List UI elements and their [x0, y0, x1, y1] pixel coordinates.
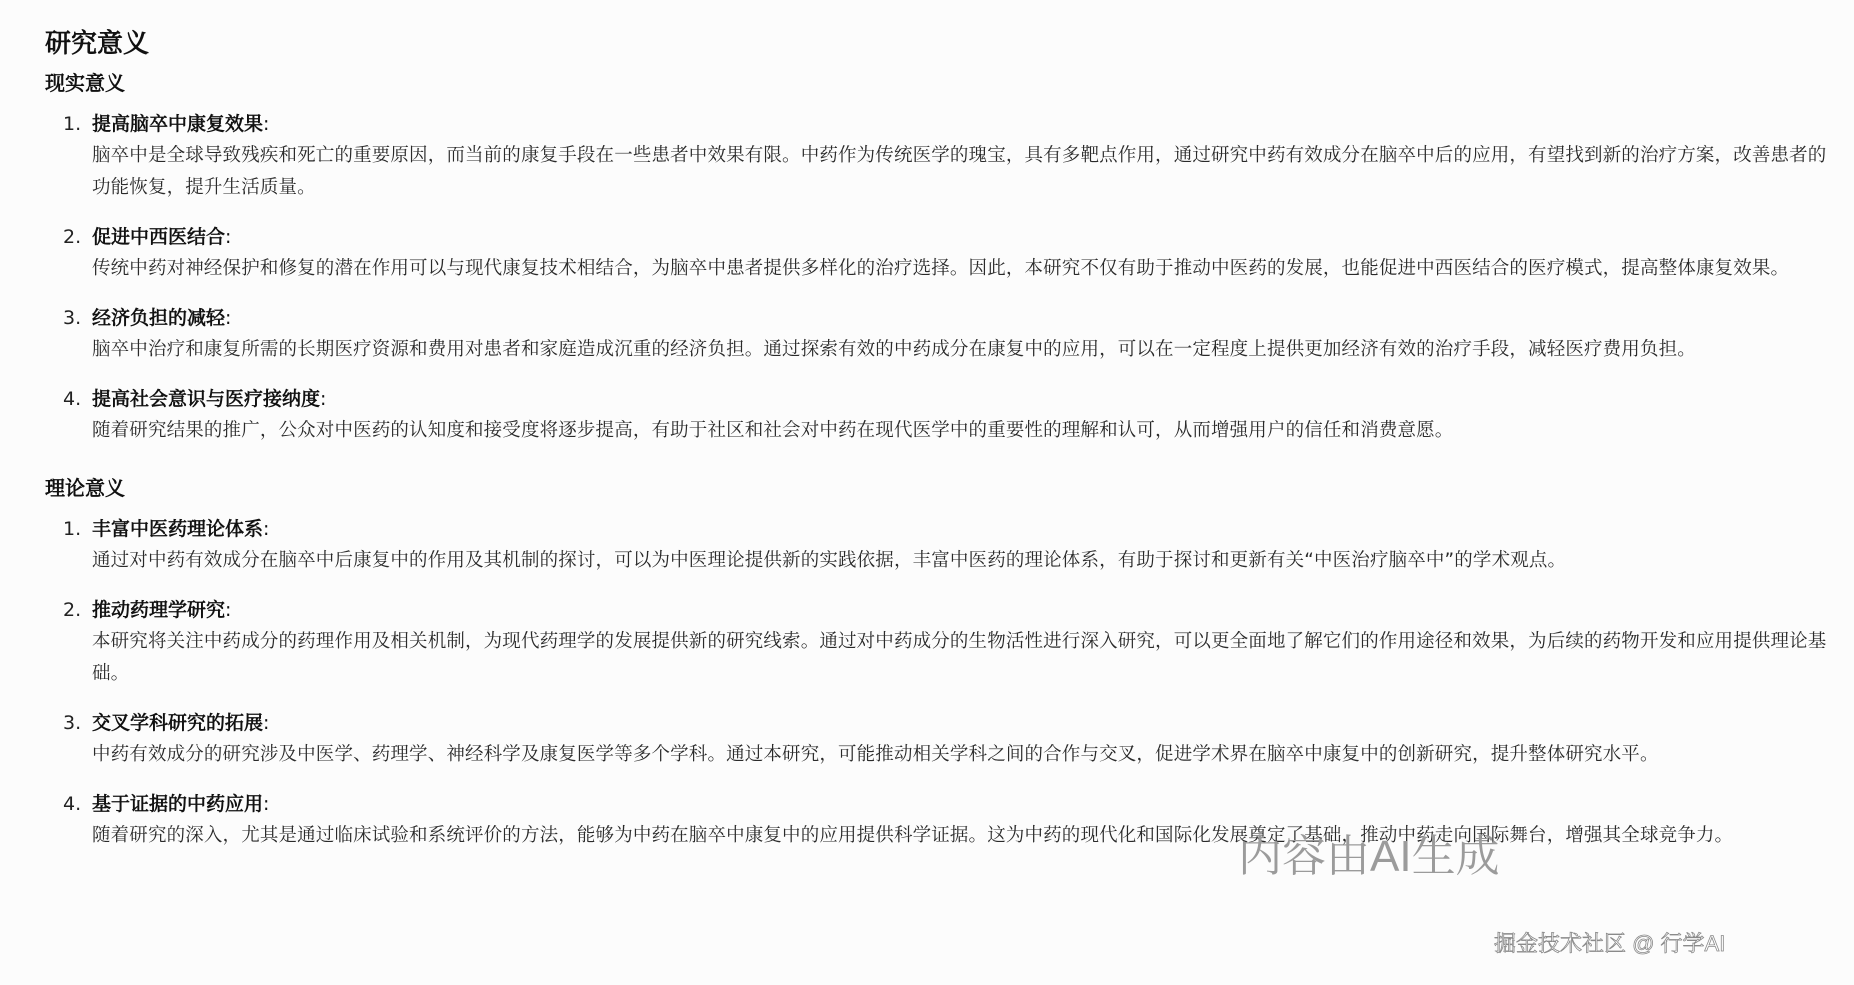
- item-body: 随着研究结果的推广，公众对中医药的认知度和接受度将逐步提高，有助于社区和社会对中…: [92, 415, 1835, 447]
- item-colon: :: [320, 388, 326, 410]
- item-body: 中药有效成分的研究涉及中医学、药理学、神经科学及康复医学等多个学科。通过本研究，…: [92, 739, 1835, 771]
- numbered-list: 1. 提高脑卒中康复效果: 脑卒中是全球导致残疾和死亡的重要原因，而当前的康复手…: [45, 108, 1835, 447]
- list-item: 3. 交叉学科研究的拓展: 中药有效成分的研究涉及中医学、药理学、神经科学及康复…: [45, 707, 1835, 771]
- item-heading-text: 经济负担的减轻: [92, 307, 225, 329]
- item-heading: 促进中西医结合:: [92, 221, 1835, 253]
- item-body: 脑卒中是全球导致残疾和死亡的重要原因，而当前的康复手段在一些患者中效果有限。中药…: [92, 140, 1835, 204]
- item-body: 传统中药对神经保护和修复的潜在作用可以与现代康复技术相结合，为脑卒中患者提供多样…: [92, 253, 1835, 285]
- item-number: 1.: [63, 108, 81, 140]
- site-watermark: 掘金技术社区 @ 行学AI: [1494, 929, 1725, 959]
- section-practical: 现实意义 1. 提高脑卒中康复效果: 脑卒中是全球导致残疾和死亡的重要原因，而当…: [45, 68, 1835, 447]
- item-number: 4.: [63, 383, 81, 415]
- list-item: 2. 推动药理学研究: 本研究将关注中药成分的药理作用及相关机制，为现代药理学的…: [45, 594, 1835, 690]
- item-colon: :: [263, 793, 269, 815]
- item-heading: 提高脑卒中康复效果:: [92, 108, 1835, 140]
- numbered-list: 1. 丰富中医药理论体系: 通过对中药有效成分在脑卒中后康复中的作用及其机制的探…: [45, 513, 1835, 852]
- item-colon: :: [263, 712, 269, 734]
- item-number: 3.: [63, 302, 81, 334]
- list-item: 3. 经济负担的减轻: 脑卒中治疗和康复所需的长期医疗资源和费用对患者和家庭造成…: [45, 302, 1835, 366]
- item-heading: 丰富中医药理论体系:: [92, 513, 1835, 545]
- item-heading: 基于证据的中药应用:: [92, 788, 1835, 820]
- item-number: 4.: [63, 788, 81, 820]
- item-heading-text: 推动药理学研究: [92, 599, 225, 621]
- item-heading-text: 提高脑卒中康复效果: [92, 113, 263, 135]
- item-colon: :: [263, 518, 269, 540]
- item-colon: :: [263, 113, 269, 135]
- page-title: 研究意义: [45, 26, 1835, 62]
- item-heading: 提高社会意识与医疗接纳度:: [92, 383, 1835, 415]
- item-heading: 交叉学科研究的拓展:: [92, 707, 1835, 739]
- item-heading-text: 丰富中医药理论体系: [92, 518, 263, 540]
- list-item: 4. 提高社会意识与医疗接纳度: 随着研究结果的推广，公众对中医药的认知度和接受…: [45, 383, 1835, 447]
- item-number: 2.: [63, 594, 81, 626]
- item-heading-text: 促进中西医结合: [92, 226, 225, 248]
- list-item: 4. 基于证据的中药应用: 随着研究的深入，尤其是通过临床试验和系统评价的方法，…: [45, 788, 1835, 852]
- item-body: 本研究将关注中药成分的药理作用及相关机制，为现代药理学的发展提供新的研究线索。通…: [92, 626, 1835, 690]
- item-colon: :: [225, 226, 231, 248]
- section-title: 理论意义: [45, 473, 1835, 503]
- item-number: 1.: [63, 513, 81, 545]
- list-item: 1. 丰富中医药理论体系: 通过对中药有效成分在脑卒中后康复中的作用及其机制的探…: [45, 513, 1835, 577]
- item-heading-text: 提高社会意识与医疗接纳度: [92, 388, 320, 410]
- item-body: 随着研究的深入，尤其是通过临床试验和系统评价的方法，能够为中药在脑卒中康复中的应…: [92, 820, 1835, 852]
- item-colon: :: [225, 599, 231, 621]
- item-number: 3.: [63, 707, 81, 739]
- document: 研究意义 现实意义 1. 提高脑卒中康复效果: 脑卒中是全球导致残疾和死亡的重要…: [45, 26, 1835, 869]
- item-number: 2.: [63, 221, 81, 253]
- item-heading-text: 基于证据的中药应用: [92, 793, 263, 815]
- item-heading-text: 交叉学科研究的拓展: [92, 712, 263, 734]
- item-colon: :: [225, 307, 231, 329]
- list-item: 2. 促进中西医结合: 传统中药对神经保护和修复的潜在作用可以与现代康复技术相结…: [45, 221, 1835, 285]
- section-title: 现实意义: [45, 68, 1835, 98]
- section-theoretical: 理论意义 1. 丰富中医药理论体系: 通过对中药有效成分在脑卒中后康复中的作用及…: [45, 473, 1835, 852]
- list-item: 1. 提高脑卒中康复效果: 脑卒中是全球导致残疾和死亡的重要原因，而当前的康复手…: [45, 108, 1835, 204]
- item-body: 通过对中药有效成分在脑卒中后康复中的作用及其机制的探讨，可以为中医理论提供新的实…: [92, 545, 1835, 577]
- item-heading: 推动药理学研究:: [92, 594, 1835, 626]
- item-body: 脑卒中治疗和康复所需的长期医疗资源和费用对患者和家庭造成沉重的经济负担。通过探索…: [92, 334, 1835, 366]
- item-heading: 经济负担的减轻:: [92, 302, 1835, 334]
